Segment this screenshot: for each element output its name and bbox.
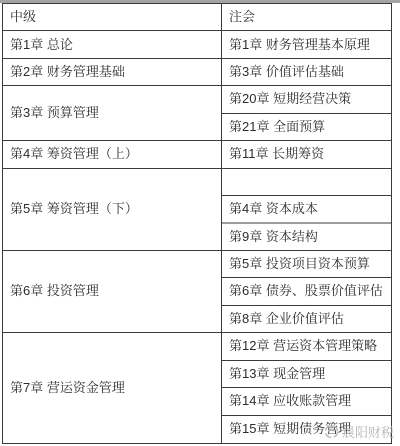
left-chapter-cell: 第5章 筹资管理（下） bbox=[3, 169, 222, 251]
right-chapter-cell: 第6章 债券、股票价值评估 bbox=[222, 278, 391, 305]
left-chapter-cell: 第3章 预算管理 bbox=[3, 86, 222, 141]
right-chapter-cell: 第9章 资本结构 bbox=[222, 224, 391, 251]
left-chapter-cell: 第6章 投资管理 bbox=[3, 251, 222, 333]
right-chapter-cell: 第5章 投资项目资本预算 bbox=[222, 251, 391, 278]
right-chapter-cell: 第8章 企业价值评估 bbox=[222, 306, 391, 333]
right-chapter-cell: 第14章 应收账款管理 bbox=[222, 388, 391, 415]
right-chapter-cell: 第20章 短期经营决策 bbox=[222, 86, 391, 113]
left-chapter-cell: 第1章 总论 bbox=[3, 31, 222, 58]
right-chapter-cell-empty bbox=[222, 169, 391, 196]
right-chapter-cell: 第15章 短期债务管理 bbox=[222, 416, 391, 443]
left-chapter-cell: 第2章 财务管理基础 bbox=[3, 59, 222, 86]
article-page: 中级 注会 第1章 总论 第2章 财务管理基础 第3章 预算管理 第4章 筹资管… bbox=[0, 0, 400, 446]
right-chapter-cell: 第4章 资本成本 bbox=[222, 196, 391, 223]
header-cell-intermediate: 中级 bbox=[3, 4, 222, 31]
left-chapter-cell: 第4章 筹资管理（上） bbox=[3, 141, 222, 168]
header-cell-cpa: 注会 bbox=[222, 4, 391, 31]
right-chapter-cell: 第21章 全面预算 bbox=[222, 114, 391, 141]
right-chapter-cell: 第11章 长期筹资 bbox=[222, 141, 391, 168]
right-chapter-cell: 第12章 营运资本管理策略 bbox=[222, 333, 391, 360]
right-chapter-cell: 第1章 财务管理基本原理 bbox=[222, 31, 391, 58]
right-chapter-cell: 第3章 价值评估基础 bbox=[222, 59, 391, 86]
right-chapter-cell: 第13章 现金管理 bbox=[222, 361, 391, 388]
chapter-comparison-table: 中级 注会 第1章 总论 第2章 财务管理基础 第3章 预算管理 第4章 筹资管… bbox=[2, 3, 392, 444]
left-chapter-cell: 第7章 营运资金管理 bbox=[3, 333, 222, 443]
